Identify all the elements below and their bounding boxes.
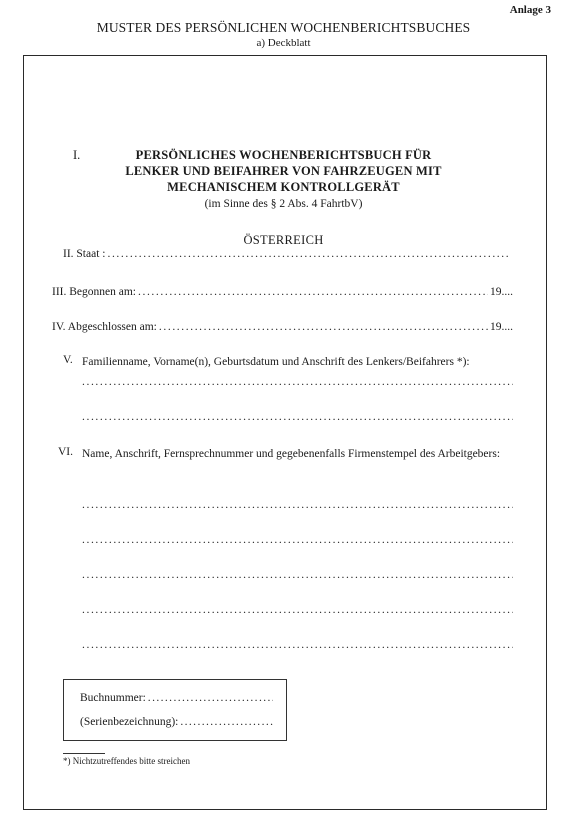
state-input-line[interactable]: ........................................… bbox=[107, 248, 511, 260]
document-subtitle: a) Deckblatt bbox=[0, 37, 567, 49]
series-label: (Serienbezeichnung): bbox=[80, 716, 178, 728]
book-number-label: Buchnummer: bbox=[80, 692, 146, 704]
state-field[interactable]: II. Staat : ............................… bbox=[63, 248, 513, 260]
employer-info-line-3[interactable]: ........................................… bbox=[82, 569, 513, 581]
started-input-line[interactable]: ........................................… bbox=[138, 286, 488, 298]
document-title: MUSTER DES PERSÖNLICHEN WOCHENBERICHTSBU… bbox=[0, 20, 567, 36]
footnote: *) Nichtzutreffendes bitte streichen bbox=[63, 756, 190, 766]
employer-info-line-2[interactable]: ........................................… bbox=[82, 534, 513, 546]
book-number-input-line[interactable]: ........................................… bbox=[148, 692, 273, 704]
started-field[interactable]: III. Begonnen am: ......................… bbox=[52, 286, 513, 298]
section-vi-label: Name, Anschrift, Fernsprechnummer und ge… bbox=[82, 446, 513, 462]
form-heading-line-1: PERSÖNLICHES WOCHENBERICHTSBUCH FÜR bbox=[0, 148, 567, 163]
employer-info-line-5[interactable]: ........................................… bbox=[82, 639, 513, 651]
book-number-field[interactable]: Buchnummer: ............................… bbox=[80, 692, 275, 704]
section-vi-number: VI. bbox=[58, 446, 73, 458]
state-label: II. Staat : bbox=[63, 248, 105, 260]
annex-label: Anlage 3 bbox=[510, 4, 551, 16]
started-year-suffix[interactable]: 19.... bbox=[490, 286, 513, 298]
started-label: III. Begonnen am: bbox=[52, 286, 136, 298]
closed-input-line[interactable]: ........................................… bbox=[159, 321, 488, 333]
book-number-box bbox=[63, 679, 287, 741]
section-v-label: Familienname, Vorname(n), Geburtsdatum u… bbox=[82, 354, 513, 370]
closed-field[interactable]: IV. Abgeschlossen am: ..................… bbox=[52, 321, 513, 333]
form-legal-reference: (im Sinne des § 2 Abs. 4 FahrtbV) bbox=[0, 198, 567, 210]
series-input-line[interactable]: ........................................… bbox=[180, 716, 273, 728]
footnote-divider bbox=[63, 753, 105, 754]
country-name: ÖSTERREICH bbox=[0, 233, 567, 248]
closed-year-suffix[interactable]: 19.... bbox=[490, 321, 513, 333]
series-field[interactable]: (Serienbezeichnung): ...................… bbox=[80, 716, 275, 728]
form-heading-line-3: MECHANISCHEM KONTROLLGERÄT bbox=[0, 180, 567, 195]
employer-info-line-4[interactable]: ........................................… bbox=[82, 604, 513, 616]
section-v-number: V. bbox=[63, 354, 73, 366]
employer-info-line-1[interactable]: ........................................… bbox=[82, 499, 513, 511]
driver-info-line-1[interactable]: ........................................… bbox=[82, 376, 513, 388]
driver-info-line-2[interactable]: ........................................… bbox=[82, 411, 513, 423]
closed-label: IV. Abgeschlossen am: bbox=[52, 321, 157, 333]
form-heading-line-2: LENKER UND BEIFAHRER VON FAHRZEUGEN MIT bbox=[0, 164, 567, 179]
